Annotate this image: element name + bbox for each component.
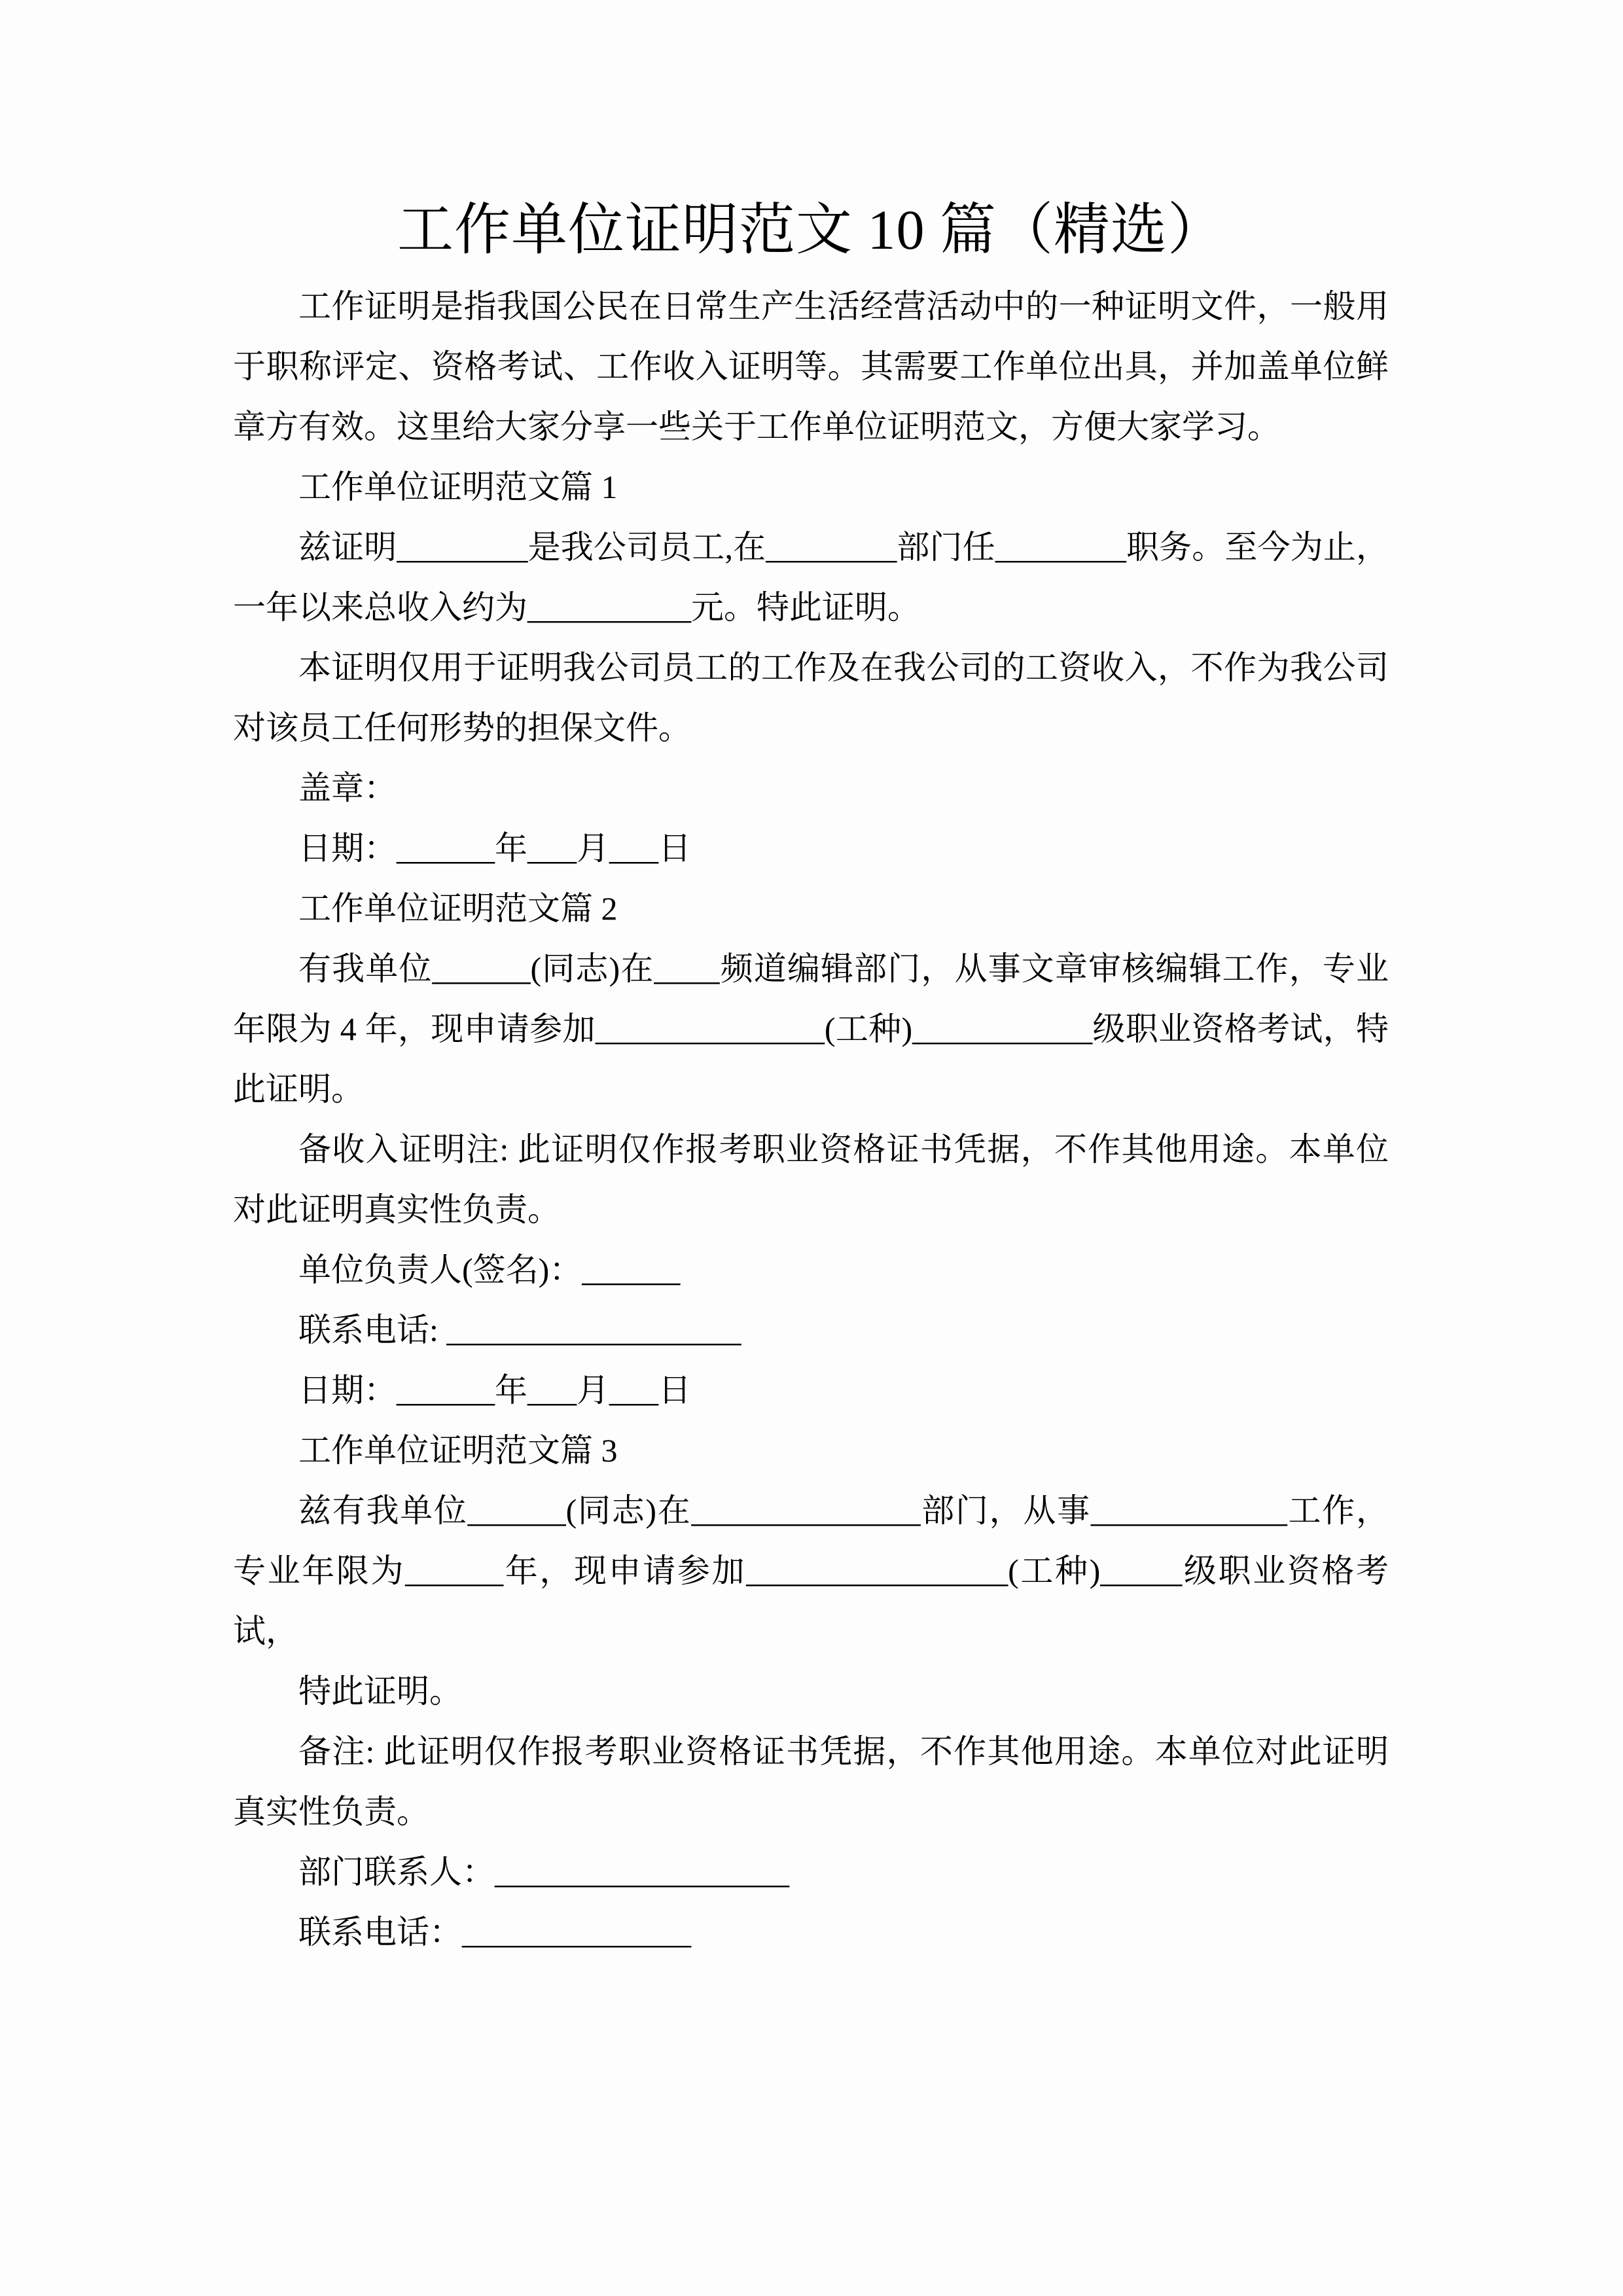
- section-2-date-line: 日期：______年___月___日: [233, 1360, 1389, 1420]
- section-2-signature-line: 单位负责人(签名)：______: [233, 1240, 1389, 1300]
- section-3-heading: 工作单位证明范文篇 3: [233, 1420, 1389, 1480]
- section-3-contact-line: 部门联系人：__________________: [233, 1842, 1389, 1902]
- section-2-heading: 工作单位证明范文篇 2: [233, 878, 1389, 939]
- section-1-seal-line: 盖章：: [233, 758, 1389, 818]
- section-2-certify-paragraph: 有我单位______(同志)在____频道编辑部门，从事文章审核编辑工作，专业年…: [233, 939, 1389, 1119]
- section-3-note-paragraph: 备注: 此证明仅作报考职业资格证书凭据，不作其他用途。本单位对此证明真实性负责。: [233, 1721, 1389, 1842]
- section-2-phone-line: 联系电话: __________________: [233, 1300, 1389, 1360]
- section-1-date-line: 日期：______年___月___日: [233, 818, 1389, 878]
- document-page: 工作单位证明范文 10 篇（精选） 工作证明是指我国公民在日常生产生活经营活动中…: [0, 0, 1623, 2296]
- section-2-note-paragraph: 备收入证明注: 此证明仅作报考职业资格证书凭据，不作其他用途。本单位对此证明真实…: [233, 1119, 1389, 1240]
- section-3-certify-paragraph: 兹有我单位______(同志)在______________部门，从事_____…: [233, 1480, 1389, 1661]
- section-3-hereby-line: 特此证明。: [233, 1661, 1389, 1721]
- document-title: 工作单位证明范文 10 篇（精选）: [233, 194, 1389, 266]
- intro-paragraph: 工作证明是指我国公民在日常生产生活经营活动中的一种证明文件，一般用于职称评定、资…: [233, 276, 1389, 457]
- section-1-disclaimer-paragraph: 本证明仅用于证明我公司员工的工作及在我公司的工资收入，不作为我公司对该员工任何形…: [233, 637, 1389, 758]
- section-1-certify-paragraph: 兹证明________是我公司员工,在________部门任________职务…: [233, 517, 1389, 637]
- section-3-phone-line: 联系电话：______________: [233, 1902, 1389, 1962]
- section-1-heading: 工作单位证明范文篇 1: [233, 457, 1389, 517]
